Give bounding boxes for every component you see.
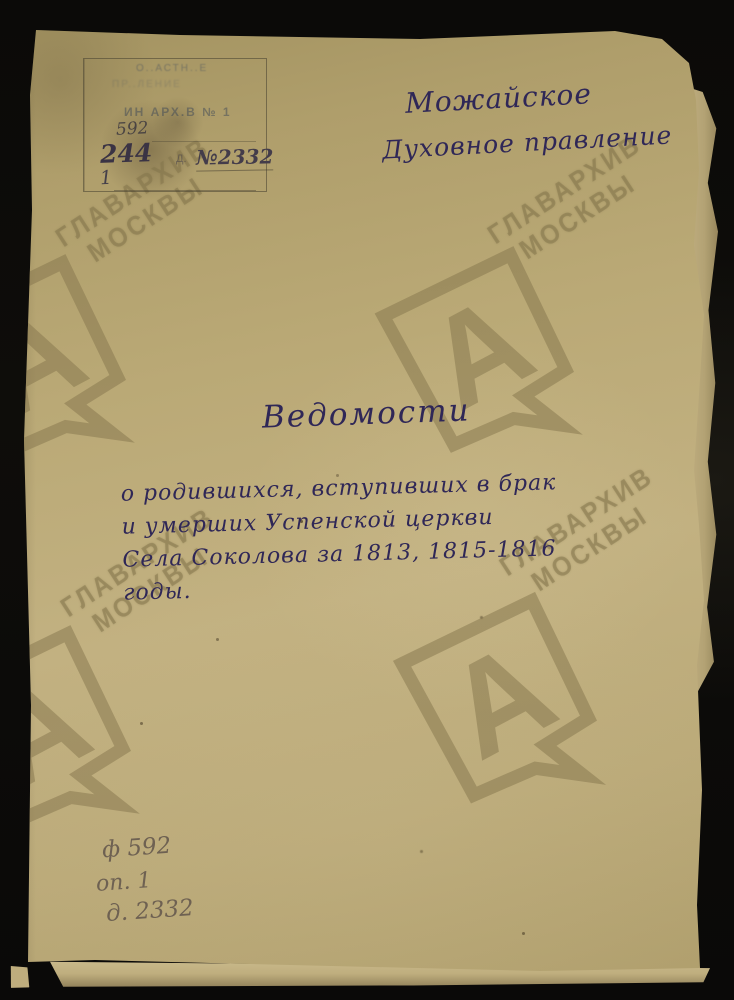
stamp-delo-prefix: Д.: [176, 153, 187, 165]
archive-stamp-box: О..АСТН..Е ПР..ЛЕНИЕ ИН АРХ.В № 1 592 24…: [83, 58, 267, 192]
reference-delo: д. 2332: [105, 895, 194, 927]
stamp-inventory-number: 244: [100, 138, 153, 169]
header-line1: Можайское: [404, 77, 592, 120]
svg-text:А: А: [0, 274, 106, 445]
stamp-fond-number: 592: [115, 118, 148, 140]
reference-fond: ф 592: [101, 833, 172, 864]
stamp-item-number: 1: [99, 167, 113, 190]
stamp-rule: [114, 190, 256, 191]
torn-paper-scrap: [5, 961, 34, 993]
svg-text:А: А: [0, 645, 111, 816]
page-title: Ведомости: [261, 392, 471, 435]
document-cover-page: ГЛАВАРХИВ МОСКВЫ А ГЛАВАРХИВ МОСКВЫ А ГЛ…: [0, 0, 734, 1000]
stamp-printed-line3: ИН АРХ.В № 1: [124, 105, 232, 119]
stamp-delo-number: №2332: [196, 144, 274, 171]
header-line2: Духовное правление: [381, 120, 673, 164]
watermark-top-right: ГЛАВАРХИВ МОСКВЫ А: [385, 155, 705, 495]
watermark-line2: МОСКВЫ: [514, 154, 663, 265]
archival-scan: ГЛАВАРХИВ МОСКВЫ А ГЛАВАРХИВ МОСКВЫ А ГЛ…: [0, 0, 734, 1000]
watermark-top-left: ГЛАВАРХИВ МОСКВЫ А: [0, 160, 275, 500]
stamp-printed-line1: О..АСТН..Е: [136, 63, 208, 74]
glavarkhiv-logo-icon: А: [0, 237, 167, 508]
glavarkhiv-logo-icon: А: [363, 229, 616, 500]
glavarkhiv-logo-icon: А: [379, 574, 641, 853]
reference-opis: оп. 1: [95, 868, 152, 897]
svg-text:А: А: [423, 612, 576, 787]
description-text: о родившихся, вступивших в брак и умерши…: [120, 466, 559, 609]
stamp-printed-line2: ПР..ЛЕНИЕ: [112, 79, 182, 90]
stamp-rule: [152, 141, 256, 142]
